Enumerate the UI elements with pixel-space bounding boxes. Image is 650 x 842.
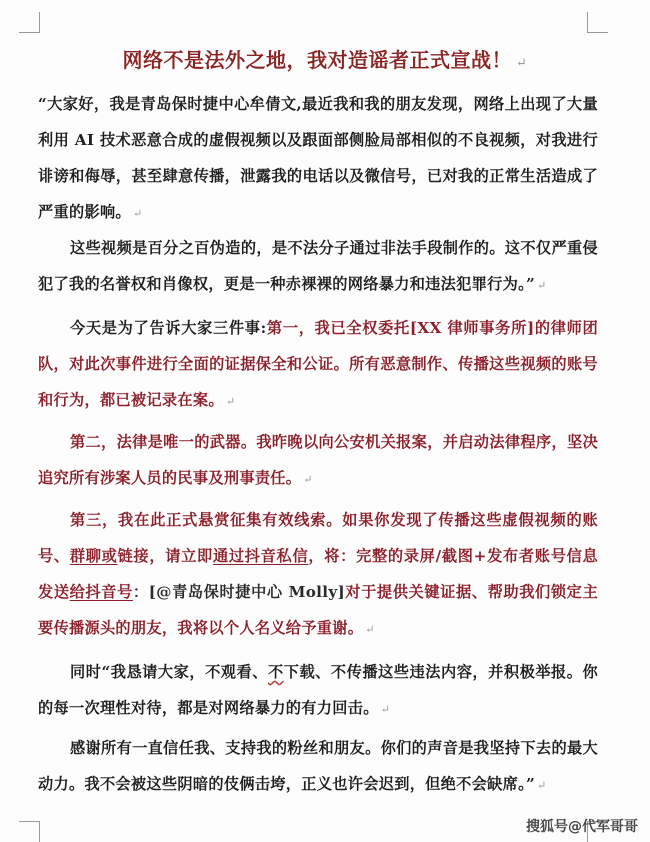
paragraph-mark-icon: ↵: [381, 703, 391, 716]
underlined-douyin-dm-text: 通过抖音私信: [213, 547, 308, 565]
paragraph-mark-icon: ↵: [303, 473, 313, 486]
paragraph-intro: “大家好，我是青岛保时捷中心牟倩文,最近我和我的朋友发现，网络上出现了大量利用 …: [38, 86, 598, 232]
paragraph-mark-icon: ↵: [133, 207, 143, 220]
paragraph-fake-videos-text: 这些视频是百分之百伪造的，是不法分子通过非法手段制作的。这不仅严重侵犯了我的名誉…: [38, 239, 598, 293]
sohu-watermark: 搜狐号@代军哥哥: [526, 816, 638, 836]
intro-three-things-text: 今天是为了告诉大家三件事:: [70, 319, 267, 337]
thanks-text: 感谢所有一直信任我、支持我的粉丝和朋友。你们的声音是我坚持下去的最大动力。我不会…: [38, 739, 598, 793]
paragraph-mark-icon: ↵: [516, 56, 527, 71]
paragraph-mark-icon: ↵: [537, 779, 547, 792]
paragraph-second-point: 第二，法律是唯一的武器。我昨晚以向公安机关报案，并启动法律程序，坚决追究所有涉案…: [38, 424, 598, 498]
douyin-account-handle: ：[@青岛保时捷中心 Molly]: [133, 583, 345, 601]
document-title: 网络不是法外之地，我对造谣者正式宣战！↵: [0, 44, 650, 73]
page-corner-mark-bottom-left: [19, 821, 40, 842]
paragraph-first-point: 今天是为了告诉大家三件事:第一，我已全权委托[XX 律师事务所]的律师团队，对此…: [38, 310, 598, 420]
page-corner-mark-top-right: [587, 12, 608, 33]
page-corner-mark-top-left: [19, 12, 40, 33]
paragraph-mark-icon: ↵: [537, 279, 547, 292]
paragraph-thanks: 感谢所有一直信任我、支持我的粉丝和朋友。你们的声音是我坚持下去的最大动力。我不会…: [38, 730, 598, 804]
paragraph-fake-videos: 这些视频是百分之百伪造的，是不法分子通过非法手段制作的。这不仅严重侵犯了我的名誉…: [38, 230, 598, 304]
paragraph-mark-icon: ↵: [226, 395, 236, 408]
title-text: 网络不是法外之地，我对造谣者正式宣战！: [123, 48, 513, 72]
spellcheck-marked-text: 不: [268, 663, 284, 681]
paragraph-third-point: 第三，我在此正式悬赏征集有效线索。如果你发现了传播这些虚假视频的账号、群聊或链接…: [38, 502, 598, 648]
appeal-text: 同时“我恳请大家，不观看、: [70, 663, 268, 681]
third-point-text: 链接，请立即: [118, 547, 213, 565]
underlined-douyin-account-text: 给抖音号: [70, 583, 133, 601]
underlined-group-chat-text: 群聊或: [70, 547, 118, 565]
second-point-text: 第二，法律是唯一的武器。我昨晚以向公安机关报案，并启动法律程序，坚决追究所有涉案…: [38, 433, 598, 487]
paragraph-mark-icon: ↵: [365, 623, 375, 636]
paragraph-intro-text: “大家好，我是青岛保时捷中心牟倩文,最近我和我的朋友发现，网络上出现了大量利用 …: [38, 95, 598, 221]
paragraph-appeal: 同时“我恳请大家，不观看、不下载、不传播这些违法内容，并积极举报。你的每一次理性…: [38, 654, 598, 728]
